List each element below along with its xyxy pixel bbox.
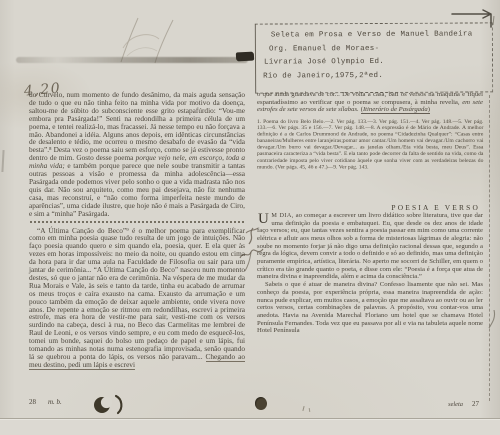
footnotes-block: 1. Poema do livro Belo Belo.—2. Ver pág.…: [257, 118, 483, 196]
pencil-dot: [302, 406, 304, 411]
page-number: 27: [472, 400, 479, 408]
author-initials: m. b.: [48, 398, 62, 406]
clipping-edge-dashed-line: [489, 95, 490, 401]
pencil-dash: [1, 150, 4, 172]
section-heading: POESIA E VERSO: [257, 204, 483, 212]
lead-caps-run: M DIA,: [271, 212, 293, 219]
note-line-3: Livraria José Olympio Ed.: [264, 56, 492, 71]
left-paragraph-1: do Curvelo, num momento de fundo desânim…: [29, 91, 245, 218]
ink-blot-round: [255, 397, 267, 410]
italic-run: Itinerário de Pasárgada: [363, 106, 428, 113]
right-paragraph-1: o que ainda guardava de cor... De volta …: [257, 91, 483, 114]
dotted-separator: [30, 221, 244, 223]
running-title: seleta: [448, 401, 463, 408]
note-line-4: Rio de Janeiro,1975,2ªed.: [263, 69, 492, 84]
ink-blob: [236, 52, 254, 62]
text-run: “A Última Canção do Beco”⁹ é o melhor po…: [29, 226, 245, 362]
left-text-column: do Curvelo, num momento de fundo desânim…: [29, 91, 245, 369]
drop-cap: U: [257, 212, 271, 226]
pencil-scribble: [103, 6, 203, 64]
left-page-footer: 28m. b.: [29, 398, 62, 406]
right-text-column: o que ainda guardava de cor... De volta …: [257, 91, 483, 335]
text-run: ): [428, 106, 430, 113]
smudge-mark: [16, 57, 248, 63]
note-line-2: Org. Emanuel de Moraes-: [269, 42, 492, 57]
text-run: ao começar a escrever um livro didático …: [257, 212, 483, 281]
ink-blot-crescent: [92, 394, 126, 416]
pen-tick-curve: [488, 310, 498, 330]
scanned-book-spread: { "colors": { "paper": "#d9d6ce", "ink":…: [0, 0, 500, 435]
footnotes-text: 1. Poema do livro Belo Belo.—2. Ver pág.…: [257, 118, 483, 170]
right-page-footer: seleta27: [257, 400, 483, 408]
page-number: 28: [29, 398, 36, 406]
source-citation: (Itinerário de Pasárgada): [361, 106, 430, 114]
bibliographic-note-box: Seleta em Prosa e Verso de Manuel Bandei…: [255, 22, 493, 93]
text-run: o que ainda guardava de cor... De volta …: [257, 91, 483, 106]
text-run: do Curvelo, num momento de fundo desânim…: [29, 90, 245, 162]
right-paragraph-2: UM DIA, ao começar a escrever um livro d…: [257, 212, 483, 281]
note-line-1: Seleta em Prosa e Verso de Manuel Bandei…: [271, 28, 492, 43]
text-run: e também porque parece que nele soube tr…: [29, 161, 245, 217]
left-paragraph-2: “A Última Canção do Beco”⁹ é o melhor po…: [29, 227, 245, 369]
right-paragraph-3: Sabeis o que é atuar de maneira divina? …: [257, 281, 483, 335]
pen-arrow-mark: [450, 3, 498, 29]
scanner-margin-strip: [0, 420, 500, 435]
pencil-dot: [309, 408, 311, 412]
